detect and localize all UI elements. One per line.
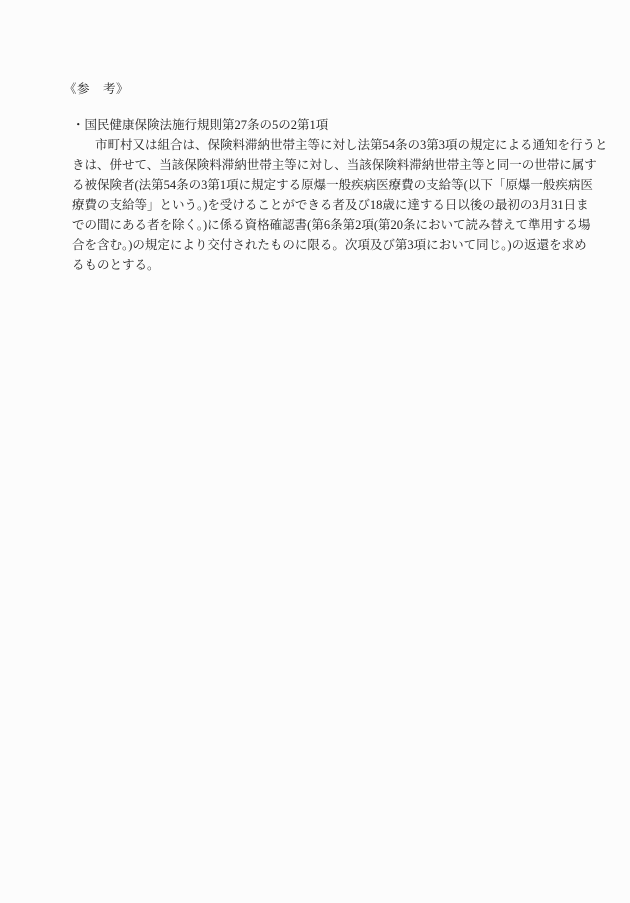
body-line: 合を含む。)の規定により交付されたものに限る。次項及び第3項において同じ。)の返… <box>72 235 604 255</box>
body-line: 療費の支給等」という。)を受けることができる者及び18歳に達する日以後の最初の3… <box>72 195 604 215</box>
body-line: るものとする。 <box>72 255 604 275</box>
reference-section-title: 《参 考》 <box>64 82 129 97</box>
body-line: きは、併せて、当該保険料滞納世帯主等に対し、当該保険料滞納世帯主等と同一の世帯に… <box>72 155 604 175</box>
document-page: 《参 考》 ・国民健康保険法施行規則第27条の5の2第1項 市町村又は組合は、保… <box>0 0 630 903</box>
body-line: 市町村又は組合は、保険料滞納世帯主等に対し法第54条の3第3項の規定による通知を… <box>72 135 604 155</box>
body-line: での間にある者を除く。)に係る資格確認書(第6条第2項(第20条において読み替え… <box>72 215 604 235</box>
regulation-body: 市町村又は組合は、保険料滞納世帯主等に対し法第54条の3第3項の規定による通知を… <box>72 135 604 275</box>
body-line: る被保険者(法第54条の3第1項に規定する原爆一般疾病医療費の支給等(以下「原爆… <box>72 175 604 195</box>
reference-content: ・国民健康保険法施行規則第27条の5の2第1項 市町村又は組合は、保険料滞納世帯… <box>72 115 604 275</box>
regulation-heading: ・国民健康保険法施行規則第27条の5の2第1項 <box>72 115 604 135</box>
